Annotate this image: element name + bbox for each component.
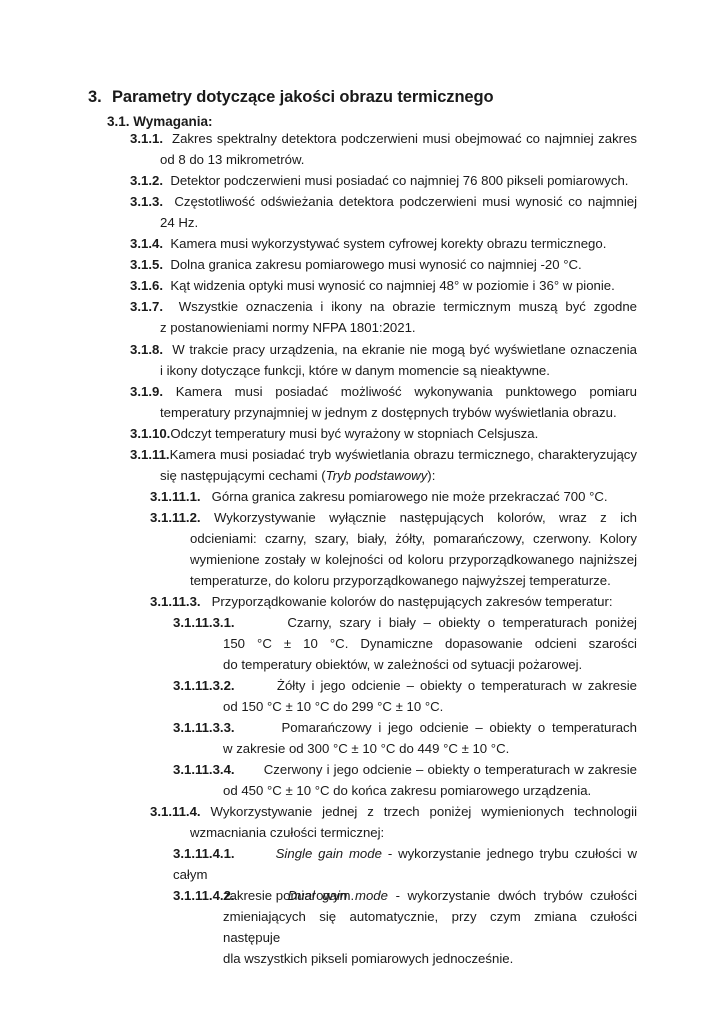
item-text: z postanowieniami normy NFPA 1801:2021. bbox=[130, 317, 637, 338]
requirement-item: 3.1.4. Kamera musi wykorzystywać system … bbox=[130, 233, 637, 254]
requirement-item: 3.1.3. Częstotliwość odświeżania detekto… bbox=[130, 191, 637, 233]
item-text: 150 °C ± 10 °C. Dynamiczne dopasowanie o… bbox=[173, 633, 637, 654]
item-text: Czarny, szary i biały – obiekty o temper… bbox=[287, 615, 637, 630]
item-text: do temperatury obiektów, w zależności od… bbox=[173, 654, 637, 675]
requirement-item: 3.1.1. Zakres spektralny detektora podcz… bbox=[130, 128, 637, 170]
section-number: 3. bbox=[88, 88, 112, 107]
item-number: 3.1.11.3.3. bbox=[173, 720, 235, 735]
item-text: - wykorzystanie dwóch trybów czułości bbox=[388, 888, 637, 903]
item-number: 3.1.11.4.2. bbox=[173, 888, 235, 903]
item-text: Czerwony i jego odcienie – obiekty o tem… bbox=[264, 762, 637, 777]
item-text: od 150 °C ± 10 °C do 299 °C ± 10 °C. bbox=[173, 696, 637, 717]
requirement-item: 3.1.11.Kamera musi posiadać tryb wyświet… bbox=[130, 444, 637, 486]
item-text: odcieniami: czarny, szary, biały, żółty,… bbox=[150, 528, 637, 549]
item-number: 3.1.1. bbox=[130, 131, 163, 146]
item-number: 3.1.10. bbox=[130, 426, 170, 441]
requirement-item: 3.1.10.Odczyt temperatury musi być wyraż… bbox=[130, 423, 637, 444]
item-text: Detektor podczerwieni musi posiadać co n… bbox=[170, 173, 628, 188]
item-text: w zakresie od 300 °C ± 10 °C do 449 °C ±… bbox=[173, 738, 637, 759]
item-text: temperaturze, do koloru przyporządkowane… bbox=[150, 570, 637, 591]
item-text: wymienione zostały w kolejności od kolor… bbox=[150, 549, 637, 570]
item-text: od 450 °C ± 10 °C do końca zakresu pomia… bbox=[173, 780, 637, 801]
requirement-item: 3.1.11.3.1. Czarny, szary i biały – obie… bbox=[173, 612, 637, 675]
requirement-item: 3.1.5. Dolna granica zakresu pomiarowego… bbox=[130, 254, 637, 275]
item-number: 3.1.11.2. bbox=[150, 510, 201, 525]
item-text: Kąt widzenia optyki musi wynosić co najm… bbox=[170, 278, 614, 293]
item-text: Kamera musi posiadać możliwość wykonywan… bbox=[176, 384, 637, 399]
item-text: - wykorzystanie jednego trybu czułości w… bbox=[173, 846, 637, 882]
subsection-heading: 3.1. Wymagania: bbox=[107, 114, 213, 129]
item-text: temperatury przynajmniej w jednym z dost… bbox=[130, 402, 637, 423]
item-text: Przyporządkowanie kolorów do następujący… bbox=[212, 594, 613, 609]
item-number: 3.1.11.4.1. bbox=[173, 846, 235, 861]
requirement-item: 3.1.6. Kąt widzenia optyki musi wynosić … bbox=[130, 275, 637, 296]
item-text-italic: Dual gain mode bbox=[288, 888, 388, 903]
section-heading: 3.Parametry dotyczące jakości obrazu ter… bbox=[88, 88, 493, 107]
requirement-item: 3.1.9. Kamera musi posiadać możliwość wy… bbox=[130, 381, 637, 423]
item-number: 3.1.11.3. bbox=[150, 594, 201, 609]
requirement-item: 3.1.11.2. Wykorzystywanie wyłącznie nast… bbox=[150, 507, 637, 591]
item-number: 3.1.5. bbox=[130, 257, 163, 272]
item-number: 3.1.11. bbox=[130, 447, 170, 462]
item-number: 3.1.2. bbox=[130, 173, 163, 188]
item-number: 3.1.4. bbox=[130, 236, 163, 251]
item-text: Zakres spektralny detektora podczerwieni… bbox=[172, 131, 637, 146]
requirement-item: 3.1.8. W trakcie pracy urządzenia, na ek… bbox=[130, 339, 637, 381]
item-text: W trakcie pracy urządzenia, na ekranie n… bbox=[172, 342, 637, 357]
requirement-item: 3.1.11.3.4. Czerwony i jego odcienie – o… bbox=[173, 759, 637, 801]
requirement-item: 3.1.11.3.3. Pomarańczowy i jego odcienie… bbox=[173, 717, 637, 759]
requirement-item: 3.1.7. Wszystkie oznaczenia i ikony na o… bbox=[130, 296, 637, 338]
item-number: 3.1.3. bbox=[130, 194, 163, 209]
requirement-item: 3.1.11.4. Wykorzystywanie jednej z trzec… bbox=[150, 801, 637, 843]
item-text: Kamera musi wykorzystywać system cyfrowe… bbox=[170, 236, 606, 251]
item-text: Wykorzystywanie wyłącznie następujących … bbox=[214, 510, 637, 525]
item-text: Częstotliwość odświeżania detektora podc… bbox=[174, 194, 637, 209]
requirement-item: 3.1.11.3. Przyporządkowanie kolorów do n… bbox=[150, 591, 637, 612]
document-page: 3.Parametry dotyczące jakości obrazu ter… bbox=[0, 0, 724, 1024]
item-text: Kamera musi posiadać tryb wyświetlania o… bbox=[170, 447, 637, 462]
item-text: dla wszystkich pikseli pomiarowych jedno… bbox=[173, 948, 637, 969]
item-text: Górna granica zakresu pomiarowego nie mo… bbox=[212, 489, 608, 504]
item-text: Żółty i jego odcienie – obiekty o temper… bbox=[277, 678, 637, 693]
item-number: 3.1.6. bbox=[130, 278, 163, 293]
item-number: 3.1.11.3.1. bbox=[173, 615, 235, 630]
item-text: Dolna granica zakresu pomiarowego musi w… bbox=[170, 257, 581, 272]
item-number: 3.1.11.4. bbox=[150, 804, 201, 819]
requirement-item: 3.1.11.1. Górna granica zakresu pomiarow… bbox=[150, 486, 637, 507]
item-text: Wszystkie oznaczenia i ikony na obrazie … bbox=[179, 299, 637, 314]
item-number: 3.1.8. bbox=[130, 342, 163, 357]
item-text-italic: Single gain mode bbox=[276, 846, 382, 861]
item-text: od 8 do 13 mikrometrów. bbox=[130, 149, 637, 170]
item-text-italic: Tryb podstawowy bbox=[326, 468, 428, 483]
item-text: Wykorzystywanie jednej z trzech poniżej … bbox=[211, 804, 637, 819]
section-title: Parametry dotyczące jakości obrazu termi… bbox=[112, 88, 493, 106]
requirement-item: 3.1.11.3.2. Żółty i jego odcienie – obie… bbox=[173, 675, 637, 717]
item-number: 3.1.9. bbox=[130, 384, 163, 399]
requirement-item: 3.1.2. Detektor podczerwieni musi posiad… bbox=[130, 170, 640, 191]
item-text: i ikony dotyczące funkcji, które w danym… bbox=[130, 360, 637, 381]
item-number: 3.1.7. bbox=[130, 299, 163, 314]
item-number: 3.1.11.1. bbox=[150, 489, 201, 504]
item-text: się następującymi cechami ( bbox=[160, 468, 326, 483]
item-number: 3.1.11.3.4. bbox=[173, 762, 235, 777]
item-text: Pomarańczowy i jego odcienie – obiekty o… bbox=[281, 720, 637, 735]
item-number: 3.1.11.3.2. bbox=[173, 678, 235, 693]
item-text: zmieniających się automatycznie, przy cz… bbox=[173, 906, 637, 948]
requirement-item: 3.1.11.4.2. Dual gain mode - wykorzystan… bbox=[173, 885, 637, 969]
item-text: Odczyt temperatury musi być wyrażony w s… bbox=[170, 426, 538, 441]
item-text: ): bbox=[427, 468, 435, 483]
item-text: wzmacniania czułości termicznej: bbox=[150, 822, 637, 843]
item-text: 24 Hz. bbox=[130, 212, 637, 233]
